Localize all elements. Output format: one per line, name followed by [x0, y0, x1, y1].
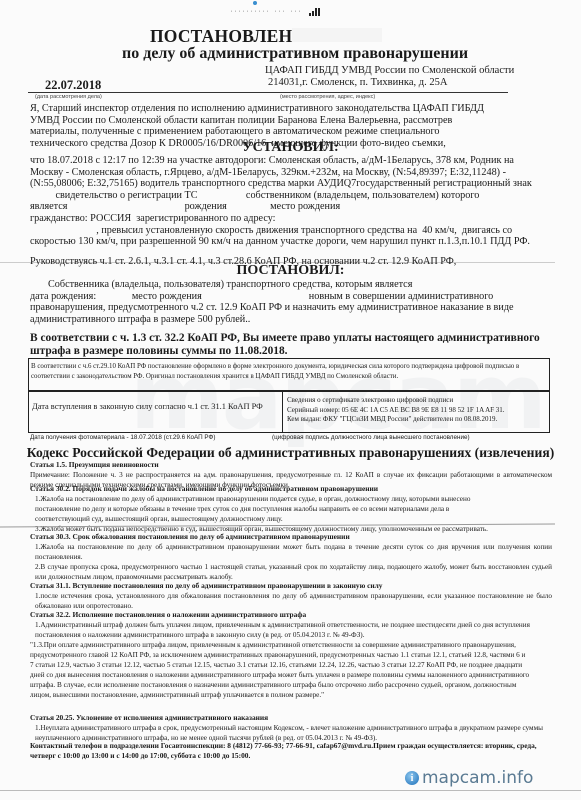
resolved-paragraph: Собственника (владельца, пользователя) т…	[30, 279, 540, 325]
fact-line: (N:55,08006; E:32,75165) водитель трансп…	[30, 178, 530, 190]
mapcam-watermark: i mapcam.info	[405, 768, 533, 788]
article-paragraph: "1.3.При оплате административного штрафа…	[30, 640, 530, 700]
article-heading: Статья 31.1. Вступление постановления по…	[30, 581, 552, 591]
article-paragraph: 1.Неуплата административного штрафа в ср…	[30, 723, 550, 743]
article-paragraph: 1.после истечения срока, установленного …	[30, 591, 552, 611]
fact-line: что 18.07.2018 с 12:17 по 12:39 на участ…	[30, 155, 530, 167]
fact-line: является рождения место рождения	[30, 201, 530, 213]
fact-line: свидетельство о регистрации ТС собственн…	[30, 190, 530, 202]
watermark-text: mapcam.info	[422, 768, 533, 788]
article-30-3: Статья 30.3. Срок обжалования постановле…	[30, 532, 552, 582]
electronic-document-notice: В соответствии с ч.6 ст.29.10 КоАП РФ по…	[28, 358, 550, 391]
document-subtitle: по делу об административном правонарушен…	[122, 45, 468, 63]
article-31-1: Статья 31.1. Вступление постановления по…	[30, 581, 552, 611]
redacted-number	[292, 28, 382, 42]
info-icon: i	[405, 771, 419, 785]
resolved-line: дата рождения: место рождения новным в с…	[30, 291, 540, 303]
signature-caption: (цифровая подпись должностного лица выне…	[272, 434, 470, 441]
koap-title: Кодекс Российской Федерации об администр…	[0, 445, 581, 461]
contact-info: Контактный телефон в подразделении Госав…	[30, 741, 550, 761]
article-paragraph: 1.Жалоба на постановление по делу об адм…	[30, 542, 552, 562]
certificate-heading: Сведения о сертификате электронно цифров…	[287, 396, 546, 406]
article-paragraph: 1.Жалоба на постановление по делу об адм…	[30, 494, 500, 524]
established-facts: что 18.07.2018 с 12:17 по 12:39 на участ…	[30, 155, 530, 248]
article-heading: Статья 30.3. Срок обжалования постановле…	[30, 532, 552, 542]
certificate-issuer: Кем выдан: ФКУ "ГЦСиЗИ МВД России" дейст…	[287, 415, 546, 425]
article-heading: Статья 30.2. Порядок подачи жалобы на по…	[30, 484, 500, 494]
article-20-25: Статья 20.25. Уклонение от исполнения ад…	[30, 713, 550, 743]
resolved-heading: ПОСТАНОВИЛ:	[0, 263, 581, 279]
barcode-text: ·········· ··· ···	[230, 9, 302, 15]
document-page: mapcam ·········· ··· ··· ПОСТАНОВЛЕНИЕ …	[0, 0, 581, 800]
certificate-table: Дата вступления в законную силу согласно…	[28, 391, 550, 433]
established-heading: УСТАНОВИЛ:	[0, 140, 581, 156]
article-heading: Статья 1.5. Презумпция невиновности	[30, 460, 552, 470]
fact-line: , превысил установленную скорость движен…	[30, 225, 530, 237]
article-heading: Статья 32.2. Исполнение постановления о …	[30, 610, 530, 620]
photo-received-caption: Дата получения фотоматериала - 18.07.201…	[30, 434, 215, 441]
logo-mark	[253, 1, 257, 5]
resolved-line: правонарушения, предусмотренного ч.2 ст.…	[30, 302, 540, 314]
review-date: 22.07.2018	[45, 78, 101, 93]
effective-date-label: Дата вступления в законную силу согласно…	[29, 392, 283, 432]
payment-right-notice: В соответствии с ч. 1.3 ст. 32.2 КоАП РФ…	[30, 332, 550, 358]
page-bottom-edge	[0, 790, 581, 791]
organization-address: 214031,г. Смоленск, п. Тихвинка, д. 25А	[268, 77, 447, 88]
article-paragraph: 1.Административный штраф должен быть упл…	[30, 620, 530, 640]
fact-line: гражданство: РОССИЯ зарегистрированного …	[30, 213, 530, 225]
article-32-2: Статья 32.2. Исполнение постановления о …	[30, 610, 530, 700]
certificate-serial: Серийный номер: 05 6E 4C 1A C5 AE BC B8 …	[287, 406, 546, 416]
certificate-info: Сведения о сертификате электронно цифров…	[284, 392, 549, 432]
header-divider	[28, 92, 508, 93]
barcode-bars-icon	[309, 8, 321, 16]
date-caption: (дата рассмотрения дела)	[35, 94, 102, 100]
resolved-line: Собственника (владельца, пользователя) т…	[30, 279, 540, 291]
article-heading: Статья 20.25. Уклонение от исполнения ад…	[30, 713, 550, 723]
organization-name: ЦАФАП ГИБДД УМВД России по Смоленской об…	[265, 65, 514, 76]
fact-line: Москву - Смоленская область, г.Ярцево, а…	[30, 167, 530, 179]
article-paragraph: 2.В случае пропуска срока, предусмотренн…	[30, 562, 552, 582]
fact-line: скоростью 130 км/ч, при разрешенной 90 к…	[30, 236, 530, 248]
resolved-line: административного штрафа в размере 500 р…	[30, 314, 540, 326]
place-caption: (место рассмотрения, адрес, индекс)	[280, 94, 375, 100]
